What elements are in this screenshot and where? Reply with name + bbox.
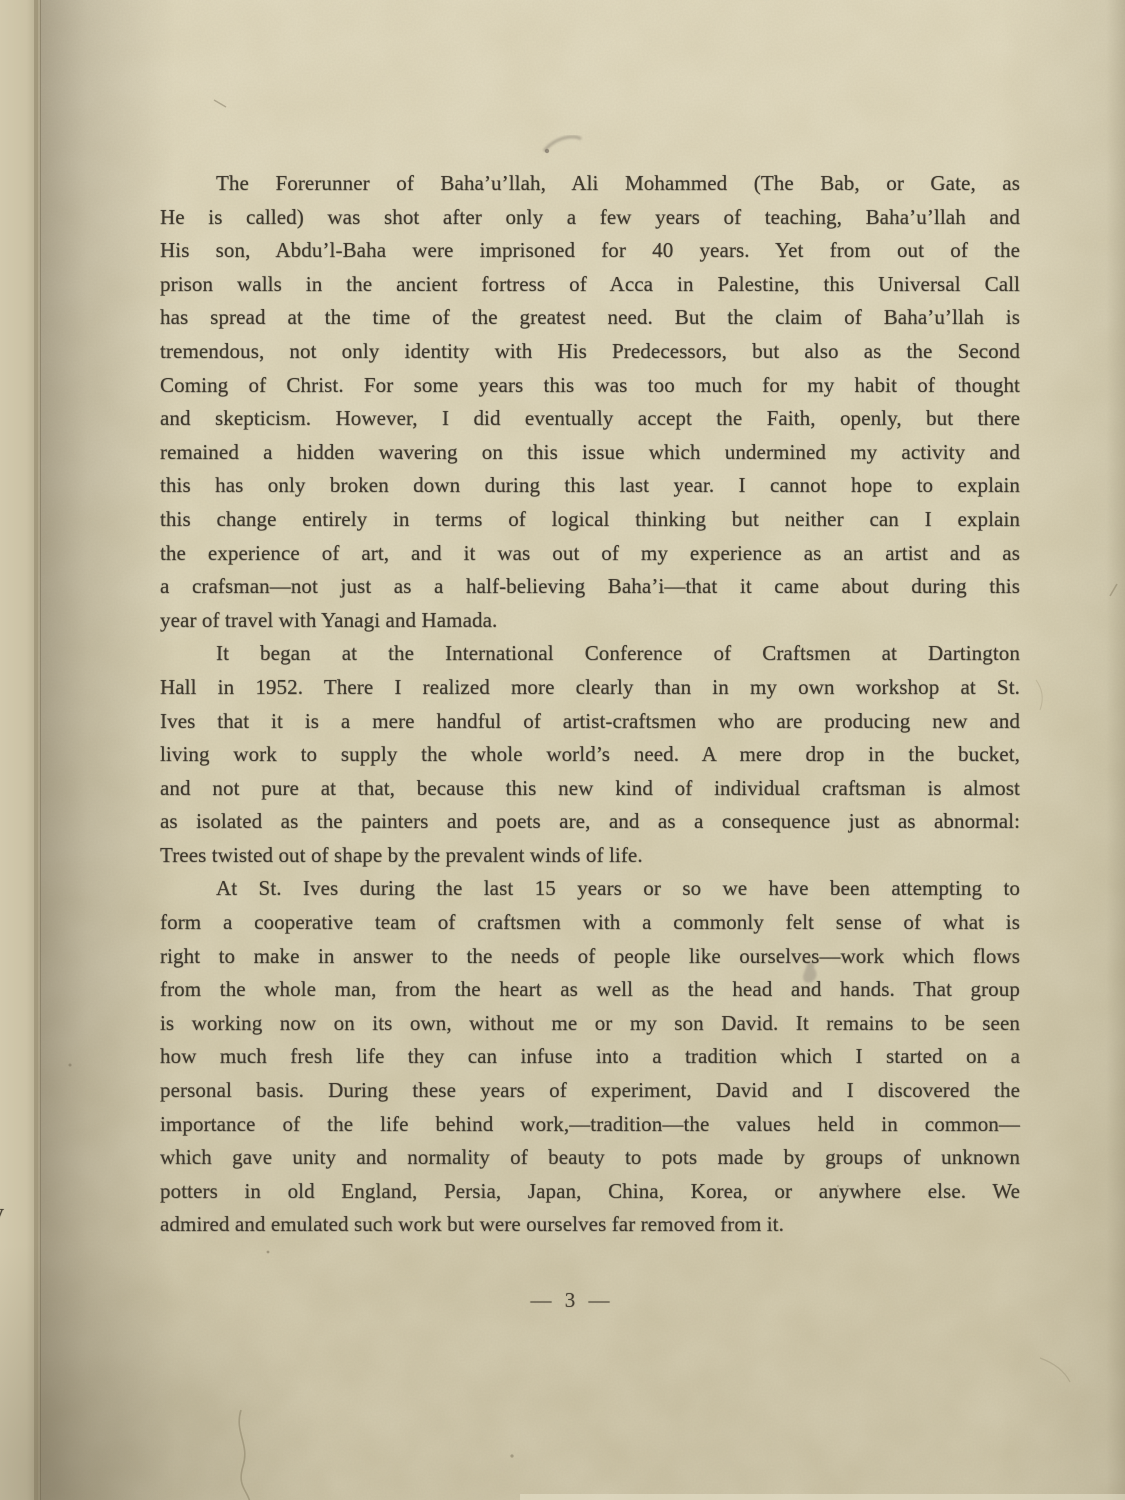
text-line: remained a hidden wavering on this issue… <box>160 436 1020 470</box>
text-line: form a cooperative team of craftsmen wit… <box>160 906 1020 940</box>
text-line: He is called) was shot after only a few … <box>160 201 1020 235</box>
text-line: Trees twisted out of shape by the preval… <box>160 839 1020 873</box>
book-page: y The Forerunner of Baha’u’llah, Ali Moh… <box>0 0 1125 1500</box>
text-line: right to make in answer to the needs of … <box>160 940 1020 974</box>
text-line: Hall in 1952. There I realized more clea… <box>160 671 1020 705</box>
text-line: and not pure at that, because this new k… <box>160 772 1020 806</box>
text-line: from the whole man, from the heart as we… <box>160 973 1020 1007</box>
text-line: personal basis. During these years of ex… <box>160 1074 1020 1108</box>
text-line: a crafsman—not just as a half-believing … <box>160 570 1020 604</box>
text-line: importance of the life behind work,—trad… <box>160 1108 1020 1142</box>
text-line: At St. Ives during the last 15 years or … <box>160 872 1020 906</box>
text-line: admired and emulated such work but were … <box>160 1208 1020 1242</box>
text-line: Coming of Christ. For some years this wa… <box>160 369 1020 403</box>
text-line: and skepticism. However, I did eventuall… <box>160 402 1020 436</box>
text-line: this has only broken down during this la… <box>160 469 1020 503</box>
speck-4 <box>69 1064 72 1067</box>
text-line: living work to supply the whole world’s … <box>160 738 1020 772</box>
text-line: has spread at the time of the greatest n… <box>160 301 1020 335</box>
speck-1 <box>267 1251 270 1254</box>
page-number: — 3 — <box>140 1288 1000 1313</box>
speck-2 <box>510 1454 513 1457</box>
text-line: His son, Abdu’l-Baha were imprisoned for… <box>160 234 1020 268</box>
bottom-edge-highlight <box>520 1494 1125 1500</box>
text-line: The Forerunner of Baha’u’llah, Ali Moham… <box>160 167 1020 201</box>
text-line: is working now on its own, without me or… <box>160 1007 1020 1041</box>
text-line: prison walls in the ancient fortress of … <box>160 268 1020 302</box>
text-line: this change entirely in terms of logical… <box>160 503 1020 537</box>
body-text: The Forerunner of Baha’u’llah, Ali Moham… <box>160 167 1020 1242</box>
text-line: the experience of art, and it was out of… <box>160 537 1020 571</box>
text-line: Ives that it is a mere handful of artist… <box>160 705 1020 739</box>
previous-page-text-fragment: y <box>0 1198 4 1228</box>
text-line: how much fresh life they can infuse into… <box>160 1040 1020 1074</box>
text-line: as isolated as the painters and poets ar… <box>160 805 1020 839</box>
text-line: It began at the International Conference… <box>160 637 1020 671</box>
text-line: tremendous, not only identity with His P… <box>160 335 1020 369</box>
text-line: potters in old England, Persia, Japan, C… <box>160 1175 1020 1209</box>
text-line: year of travel with Yanagi and Hamada. <box>160 604 1020 638</box>
pencil-dot-top <box>545 149 549 153</box>
text-line: which gave unity and normality of beauty… <box>160 1141 1020 1175</box>
